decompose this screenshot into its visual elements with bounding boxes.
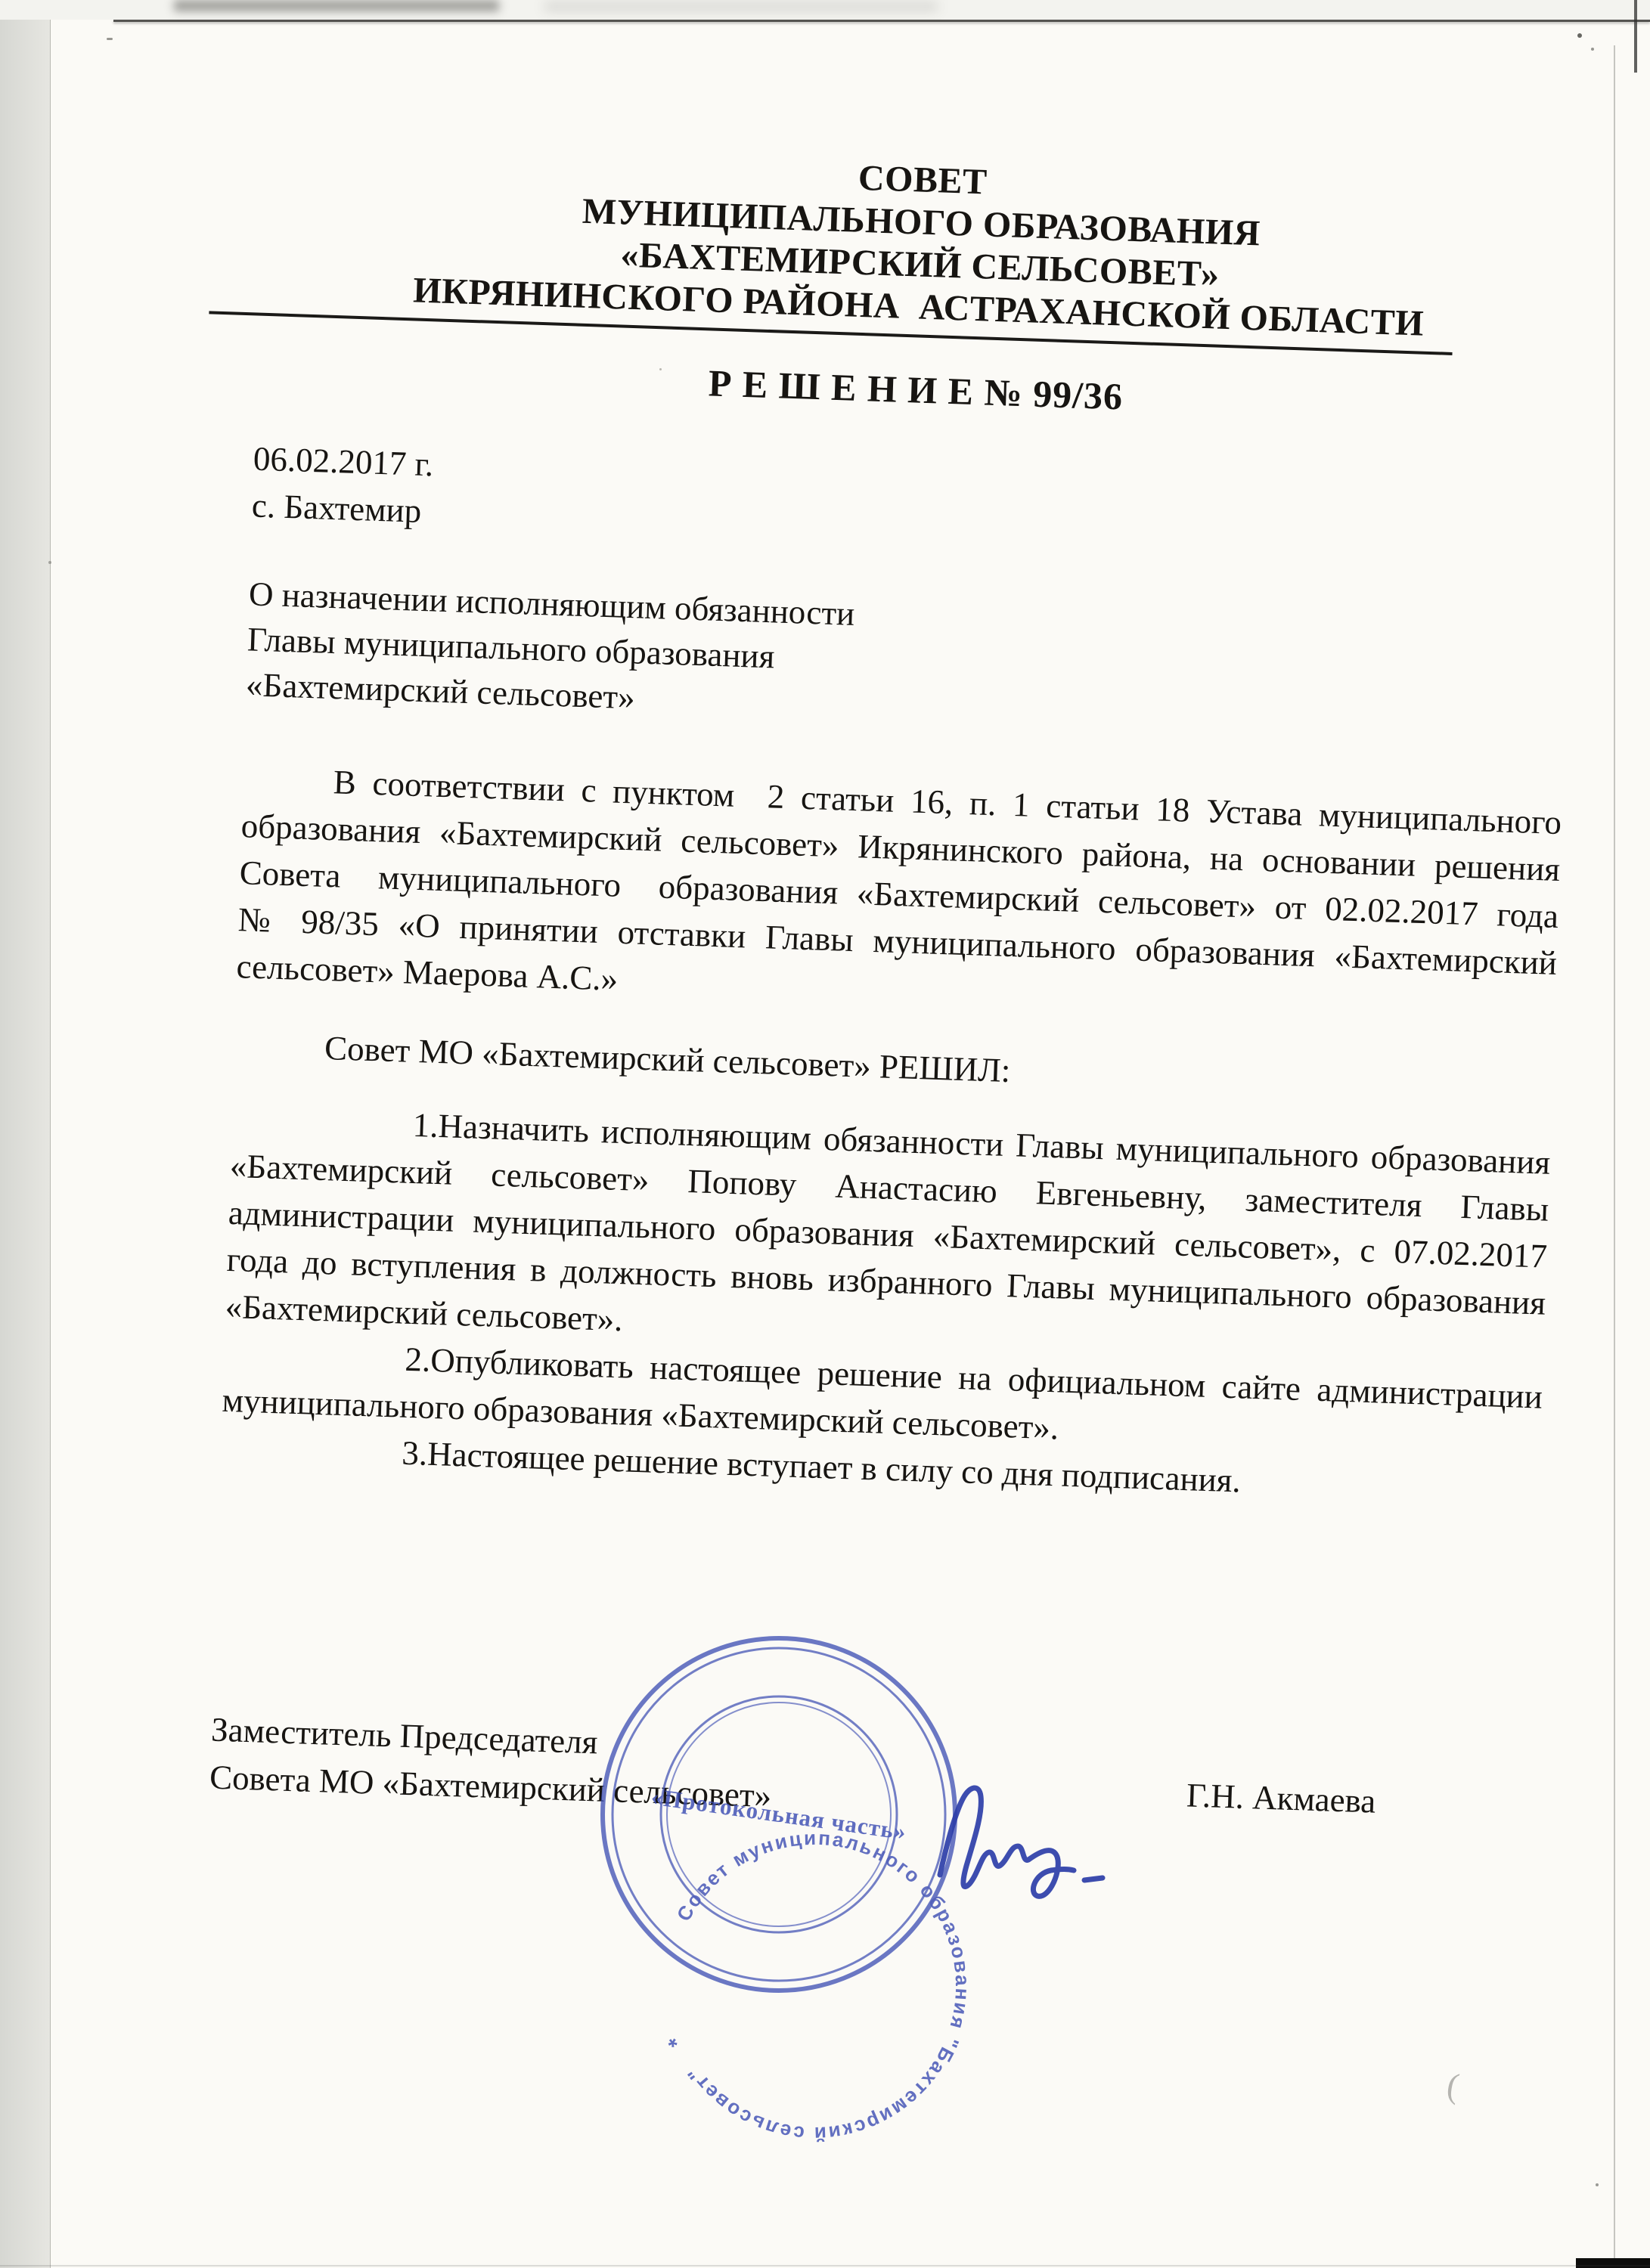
resolution-intro: Совет МО «Бахтемирский сельсовет» РЕШИЛ: [233, 1021, 1553, 1112]
signature-name: Г.Н. Акмаева [1186, 1771, 1376, 1825]
subject-block: О назначении исполняющим обязанности Гла… [245, 571, 1568, 751]
preamble-paragraph: В соответствии с пунктом 2 статьи 16, п.… [236, 755, 1562, 1033]
resolution-item: 1.Назначить исполняющим обязанности Глав… [225, 1095, 1551, 1374]
document-content: СОВЕТ МУНИЦИПАЛЬНОГО ОБРАЗОВАНИЯ «БАХТЕМ… [0, 0, 1633, 1902]
scanned-page: ( СОВЕТ МУНИЦИПАЛЬНОГО ОБРАЗОВАНИЯ «БАХТ… [0, 0, 1650, 2268]
scan-edge-right-dark [1634, 0, 1637, 73]
stamp-separator: * [663, 2032, 690, 2050]
decision-title: Р Е Ш Е Н И Е № 99/36 [256, 346, 1576, 434]
scan-corner-mark [1576, 2258, 1650, 2268]
scan-edge-bottom [0, 2265, 1650, 2266]
date-block: 06.02.2017 г. с. Бахтемир [251, 435, 1573, 572]
svg-text:*: * [663, 2032, 690, 2050]
scan-speck [1577, 33, 1582, 38]
signature-block: Заместитель Председателя Совета МО «Бахт… [207, 1706, 1531, 1901]
scan-stray-mark: ( [1444, 2065, 1462, 2106]
scan-speck [1596, 2183, 1599, 2186]
resolution-items: 1.Назначить исполняющим обязанности Глав… [220, 1095, 1551, 1514]
item-number: 3. [311, 1427, 429, 1477]
scan-smudge [544, 3, 938, 10]
item-number: 2. [314, 1333, 432, 1383]
letterhead: СОВЕТ МУНИЦИПАЛЬНОГО ОБРАЗОВАНИЯ «БАХТЕМ… [259, 138, 1583, 351]
scan-speck [1591, 48, 1594, 51]
item-number: 1. [321, 1098, 439, 1149]
